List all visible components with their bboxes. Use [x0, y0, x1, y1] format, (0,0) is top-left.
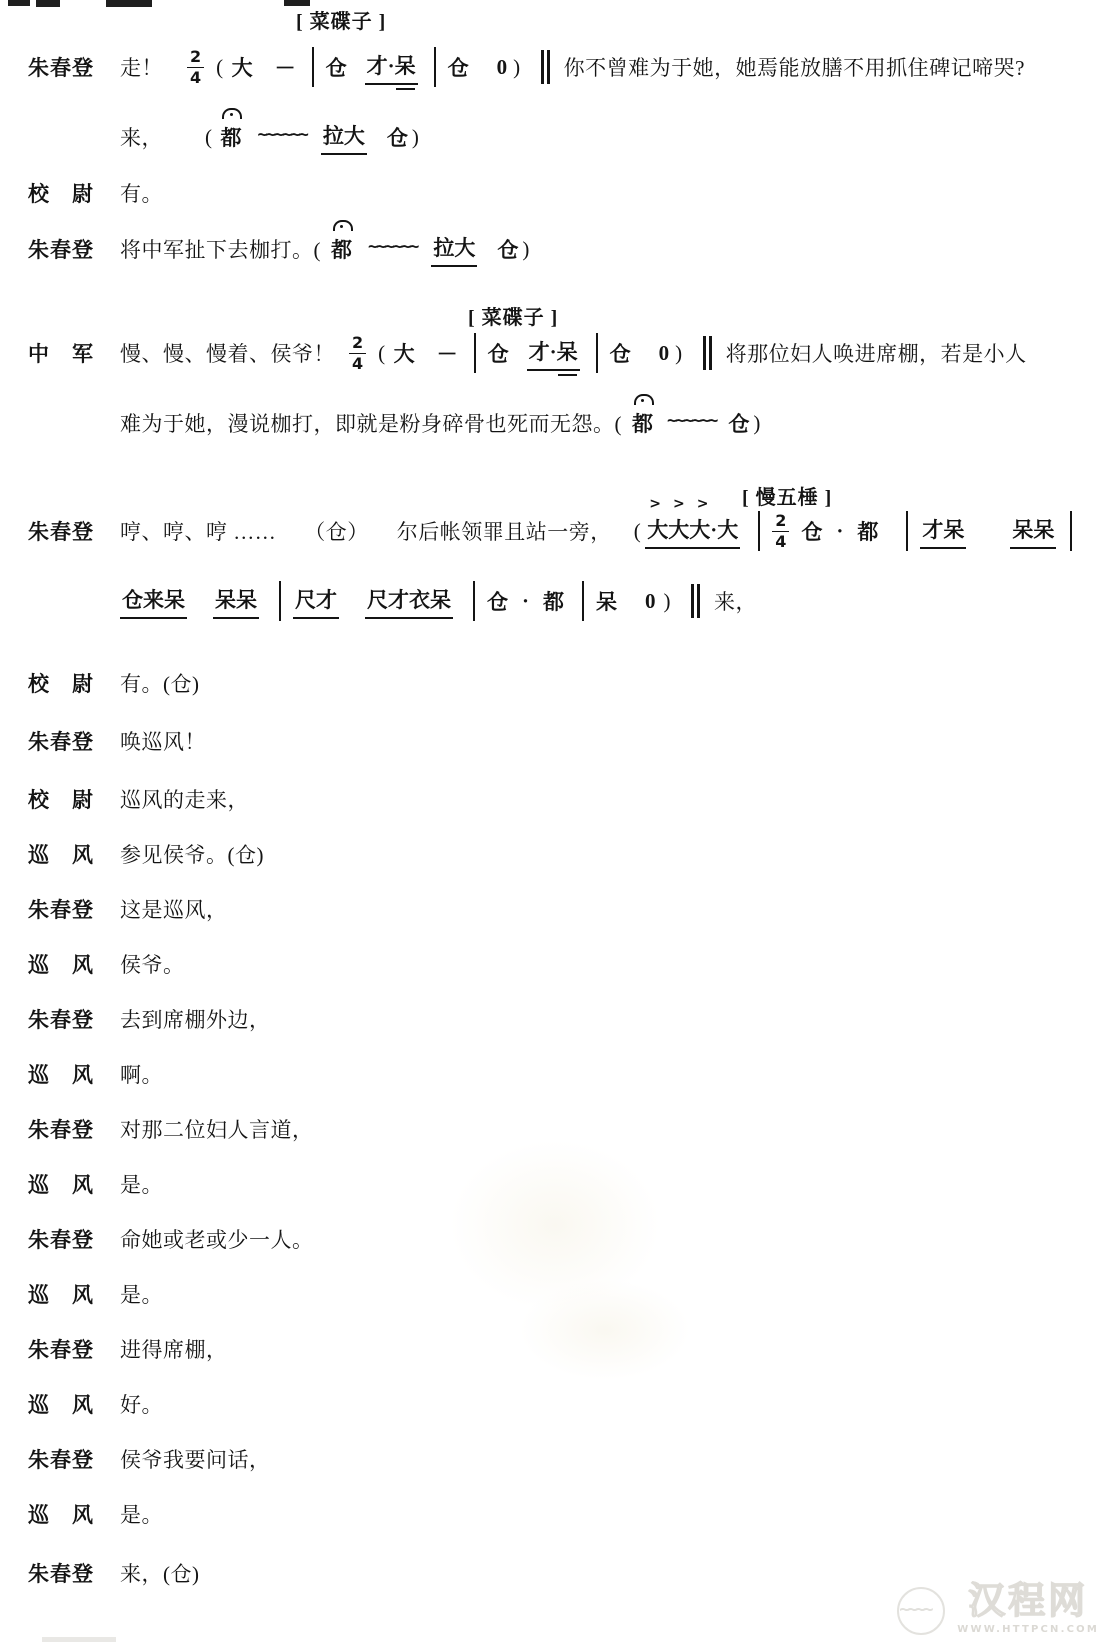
line-content: 啊。 [120, 1051, 173, 1097]
notation-beat: 仓 [801, 516, 822, 546]
line-content: 这是巡风， [120, 886, 238, 932]
cutoff-text-fragment [42, 1637, 116, 1642]
line-content: 是。 [120, 1271, 173, 1317]
line-content: 有。 [120, 170, 173, 216]
dialogue-text: 将中军扯下去枷打。( [120, 234, 321, 264]
script-line: 朱春登哼、哼、哼 ……（仓）尔后帐领罪且站一旁，(>>>大大大·大24仓·都才呆… [0, 508, 1109, 554]
script-line: 巡 风是。 [0, 1271, 1109, 1317]
opera-score-page: [ 菜碟子 ]朱春登走！24(大－仓才·呆仓0)你不曾难为于她，她焉能放膳不用抓… [0, 0, 1109, 1643]
notation-beat: 呆呆 [215, 584, 257, 614]
dialogue-text: 啊。 [120, 1059, 163, 1089]
dialogue-text: （仓） [304, 516, 369, 546]
notation-beat: 尺才 [295, 584, 337, 614]
time-signature-numerator: 2 [349, 335, 366, 354]
drum-roll-wavy-icon: ~~~~~~ [667, 411, 716, 431]
dialogue-text: ) [753, 411, 761, 436]
dialogue-text: 难为于她，漫说枷打，即就是粉身碎骨也死而无怨。( [120, 408, 622, 438]
double-barline [691, 584, 700, 618]
notation-underlined-group: 才·呆 [527, 336, 580, 371]
time-signature-denominator: 4 [190, 68, 201, 86]
notation-beat: 呆 [395, 50, 416, 80]
barline [312, 47, 314, 87]
line-content: 来，(都~~~~~~拉大仓) [120, 114, 429, 160]
barline [906, 511, 908, 551]
script-line: 朱春登将中军扯下去枷打。(都~~~~~~拉大仓) [0, 226, 1109, 272]
notation-beat: 都 [857, 516, 878, 546]
time-signature-numerator: 2 [187, 49, 204, 68]
line-content: 难为于她，漫说枷打，即就是粉身碎骨也死而无怨。(都~~~~~~仓) [120, 400, 771, 446]
fermata-note: 都 [221, 122, 242, 152]
script-line: 朱春登唤巡风！ [0, 718, 1109, 764]
barline [279, 581, 281, 621]
notation-beat: 才· [367, 50, 395, 80]
watermark-url: WWW.HTTPCN.COM [957, 1624, 1099, 1635]
dialogue-text: ) [412, 125, 420, 150]
speaker-name: 巡 风 [28, 1279, 128, 1309]
dialogue-text: 走！ [120, 52, 163, 82]
script-line: 朱春登这是巡风， [0, 886, 1109, 932]
notation-beat: － [275, 52, 296, 82]
watermark: ~~~~ 汉程网 WWW.HTTPCN.COM [891, 1583, 1099, 1635]
line-content: 去到席棚外边， [120, 996, 281, 1042]
notation-underlined-group: 拉大 [321, 120, 367, 155]
time-signature: 24 [772, 513, 789, 550]
time-signature: 24 [187, 49, 204, 86]
dialogue-text: 参见侯爷。(仓) [120, 839, 264, 869]
notation-beat: 才· [529, 336, 557, 366]
script-line: 校 尉有。 [0, 170, 1109, 216]
speaker-name: 朱春登 [28, 1004, 128, 1034]
time-signature-numerator: 2 [772, 513, 789, 532]
speaker-name: 朱春登 [28, 1114, 128, 1144]
script-line: 中 军慢、慢、慢着、侯爷！24(大－仓才·呆仓0)将那位妇人唤进席棚，若是小人 [0, 330, 1109, 376]
notation-beat: 仓 [610, 338, 631, 368]
script-line: 朱春登进得席棚， [0, 1326, 1109, 1372]
speaker-name: 巡 风 [28, 1499, 128, 1529]
script-line: 朱春登侯爷我要问话， [0, 1436, 1109, 1482]
dialogue-text: 是。 [120, 1169, 163, 1199]
line-content: 将中军扯下去枷打。(都~~~~~~拉大仓) [120, 226, 540, 272]
percussion-pattern-label: [ 慢五棰 ] [742, 481, 832, 510]
line-content: 进得席棚， [120, 1326, 238, 1372]
notation-underlined-group: 拉大 [431, 232, 477, 267]
line-content: 参见侯爷。(仓) [120, 831, 274, 877]
dialogue-text: 命她或老或少一人。 [120, 1224, 314, 1254]
dialogue-text: ) [675, 341, 683, 366]
notation-beat: · [522, 589, 529, 614]
speaker-name: 朱春登 [28, 726, 128, 756]
double-barline [541, 50, 550, 84]
script-line: 朱春登走！24(大－仓才·呆仓0)你不曾难为于她，她焉能放膳不用抓住碑记啼哭? [0, 44, 1109, 90]
line-content: 巡风的走来， [120, 776, 259, 822]
script-line: 朱春登对那二位妇人言道， [0, 1106, 1109, 1152]
dialogue-text: 来， [120, 122, 163, 152]
dialogue-text: 慢、慢、慢着、侯爷！ [120, 338, 335, 368]
line-content: 慢、慢、慢着、侯爷！24(大－仓才·呆仓0)将那位妇人唤进席棚，若是小人 [120, 330, 1037, 376]
barline [758, 511, 760, 551]
notation-beat: 呆 [557, 336, 578, 366]
notation-beat: 仓来呆 [122, 584, 185, 614]
notation-underlined-group: 尺才衣呆 [365, 584, 453, 619]
speaker-name: 校 尉 [28, 178, 128, 208]
notation-beat: 仓 [728, 408, 749, 438]
script-line: 校 尉有。(仓) [0, 660, 1109, 706]
speaker-name: 巡 风 [28, 1389, 128, 1419]
notation-underlined-group: 呆呆 [1010, 514, 1056, 549]
speaker-name: 朱春登 [28, 1444, 128, 1474]
barline [596, 333, 598, 373]
line-content: 好。 [120, 1381, 173, 1427]
dialogue-text: ) [522, 237, 530, 262]
script-line: 朱春登去到席棚外边， [0, 996, 1109, 1042]
dialogue-text: ( [378, 341, 386, 366]
notation-beat: 仓 [497, 234, 518, 264]
script-line: 巡 风侯爷。 [0, 941, 1109, 987]
dialogue-text: 你不曾难为于她，她焉能放膳不用抓住碑记啼哭? [564, 52, 1025, 82]
notation-underlined-group: 呆呆 [213, 584, 259, 619]
barline [1070, 511, 1072, 551]
speaker-name: 朱春登 [28, 1558, 128, 1588]
line-content: 来，(仓) [120, 1550, 210, 1596]
notation-beat: 拉大 [433, 232, 475, 262]
accent-marks-icon: >>> [649, 497, 720, 511]
script-line: 巡 风参见侯爷。(仓) [0, 831, 1109, 877]
dialogue-text: 有。(仓) [120, 668, 200, 698]
dialogue-text: 是。 [120, 1279, 163, 1309]
line-content: 是。 [120, 1491, 173, 1537]
time-signature-denominator: 4 [775, 532, 786, 550]
speaker-name: 朱春登 [28, 1334, 128, 1364]
notation-beat: 大 [232, 52, 253, 82]
notation-beat: 仓 [488, 338, 509, 368]
drum-roll-wavy-icon: ~~~~~~ [258, 125, 307, 145]
script-line: 朱春登命她或老或少一人。 [0, 1216, 1109, 1262]
dialogue-text: ( [205, 125, 213, 150]
dialogue-text: 侯爷。 [120, 949, 185, 979]
speaker-name: 朱春登 [28, 516, 128, 546]
line-content: 命她或老或少一人。 [120, 1216, 324, 1262]
dialogue-text: 来， [714, 586, 757, 616]
dialogue-text: ) [513, 55, 521, 80]
notation-beat: · [836, 519, 843, 544]
speaker-name: 巡 风 [28, 839, 128, 869]
speaker-name: 巡 风 [28, 1169, 128, 1199]
notation-beat: 才呆 [922, 514, 964, 544]
notation-beat: 大大大·大 [645, 514, 740, 549]
speaker-name: 巡 风 [28, 1059, 128, 1089]
barline [434, 47, 436, 87]
line-content: 侯爷。 [120, 941, 195, 987]
line-content: 仓来呆呆呆尺才尺才衣呆仓·都呆0)来， [120, 578, 767, 624]
dialogue-text: 去到席棚外边， [120, 1004, 271, 1034]
speaker-name: 校 尉 [28, 784, 128, 814]
line-content: 哼、哼、哼 ……（仓）尔后帐领罪且站一旁，(>>>大大大·大24仓·都才呆呆呆 [120, 508, 1084, 554]
line-content: 对那二位妇人言道， [120, 1106, 324, 1152]
speaker-name: 朱春登 [28, 52, 128, 82]
speaker-name: 朱春登 [28, 1224, 128, 1254]
speaker-name: 朱春登 [28, 894, 128, 924]
dialogue-text: 是。 [120, 1499, 163, 1529]
cutoff-text-fragment [8, 0, 30, 6]
notation-underlined-group: 才呆 [920, 514, 966, 549]
dialogue-text: 好。 [120, 1389, 163, 1419]
script-line: 巡 风好。 [0, 1381, 1109, 1427]
notation-beat: 0 [645, 589, 656, 614]
script-line: 难为于她，漫说枷打，即就是粉身碎骨也死而无怨。(都~~~~~~仓) [0, 400, 1109, 446]
notation-beat: 仓 [326, 52, 347, 82]
line-content: 唤巡风！ [120, 718, 216, 764]
dialogue-text: ( [634, 519, 642, 544]
notation-beat: 拉大 [323, 120, 365, 150]
dialogue-text: 唤巡风！ [120, 726, 206, 756]
speaker-name: 巡 风 [28, 949, 128, 979]
notation-beat: 都 [543, 586, 564, 616]
notation-beat: 大 [394, 338, 415, 368]
watermark-site-name: 汉程网 [968, 1583, 1088, 1622]
dialogue-text: ) [664, 589, 672, 614]
script-line: 巡 风啊。 [0, 1051, 1109, 1097]
notation-beat: 仓 [487, 586, 508, 616]
notation-beat: 尺才衣呆 [367, 584, 451, 614]
line-content: 侯爷我要问话， [120, 1436, 281, 1482]
dialogue-text: 进得席棚， [120, 1334, 228, 1364]
speaker-name: 朱春登 [28, 234, 128, 264]
notation-beat: 呆呆 [1012, 514, 1054, 544]
percussion-pattern-label: [ 菜碟子 ] [296, 5, 386, 34]
dialogue-text: 侯爷我要问话， [120, 1444, 271, 1474]
fermata-note: 都 [632, 408, 653, 438]
script-line: 来，(都~~~~~~拉大仓) [0, 114, 1109, 160]
notation-beat: 0 [497, 55, 508, 80]
dialogue-text: 有。 [120, 178, 163, 208]
time-signature: 24 [349, 335, 366, 372]
dialogue-text: 对那二位妇人言道， [120, 1114, 314, 1144]
percussion-pattern-label: [ 菜碟子 ] [468, 301, 558, 330]
notation-underlined-group: 仓来呆 [120, 584, 187, 619]
script-line: 巡 风是。 [0, 1491, 1109, 1537]
fermata-note: 都 [331, 234, 352, 264]
double-barline [703, 336, 712, 370]
cutoff-text-fragment [106, 0, 152, 7]
notation-beat: － [437, 338, 458, 368]
notation-beat: 呆 [596, 586, 617, 616]
speaker-name: 校 尉 [28, 668, 128, 698]
dialogue-text: 这是巡风， [120, 894, 228, 924]
notation-beat: 仓 [387, 122, 408, 152]
script-line: 仓来呆呆呆尺才尺才衣呆仓·都呆0)来， [0, 578, 1109, 624]
barline [473, 581, 475, 621]
dialogue-text: 来，(仓) [120, 1558, 200, 1588]
speaker-name: 中 军 [28, 338, 128, 368]
notation-beat: 0 [659, 341, 670, 366]
line-content: 有。(仓) [120, 660, 210, 706]
line-content: 走！24(大－仓才·呆仓0)你不曾难为于她，她焉能放膳不用抓住碑记啼哭? [120, 44, 1035, 90]
drum-roll-wavy-icon: ~~~~~~ [368, 237, 417, 257]
script-line: 校 尉巡风的走来， [0, 776, 1109, 822]
dialogue-text: 将那位妇人唤进席棚，若是小人 [726, 338, 1027, 368]
dialogue-text: 尔后帐领罪且站一旁， [397, 516, 612, 546]
accented-notation-group: >>>大大大·大 [645, 514, 740, 549]
dialogue-text: ( [216, 55, 224, 80]
dialogue-text: 巡风的走来， [120, 784, 249, 814]
barline [582, 581, 584, 621]
notation-underlined-group: 才·呆 [365, 50, 418, 85]
cutoff-text-fragment [36, 0, 60, 7]
dialogue-text: 哼、哼、哼 …… [120, 516, 276, 546]
line-content: 是。 [120, 1161, 173, 1207]
script-line: 巡 风是。 [0, 1161, 1109, 1207]
notation-underlined-group: 尺才 [293, 584, 339, 619]
notation-beat: 仓 [448, 52, 469, 82]
time-signature-denominator: 4 [352, 354, 363, 372]
httpcn-logo-icon: ~~~~ [891, 1583, 949, 1635]
barline [474, 333, 476, 373]
